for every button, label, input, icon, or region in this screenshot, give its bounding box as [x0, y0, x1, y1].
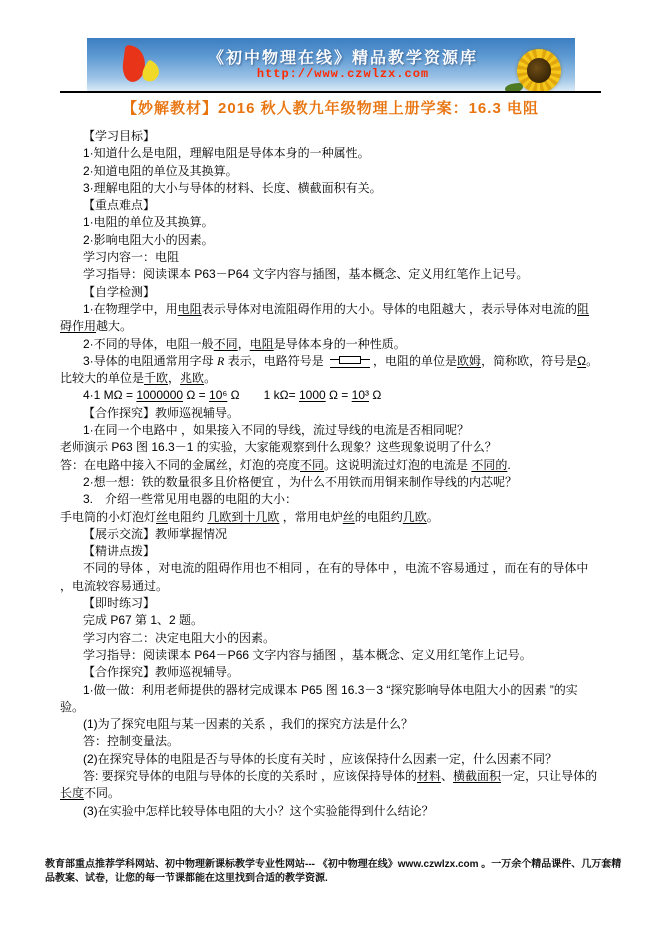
text-run: 【合作探究】教师巡视辅导。 — [83, 406, 239, 420]
filled-blank: 材料 — [417, 769, 441, 783]
paragraph: 3·理解电阻的大小与导体的材料、长度、横截面积有关。 — [60, 180, 601, 197]
sunflower-leaf-icon — [505, 83, 523, 92]
paragraph: 完成 P67 第 1、2 题。 — [60, 612, 601, 629]
paragraph: 学习指导：阅读课本 P64－P66 文字内容与插图 ，基本概念、定义用红笔作上记… — [60, 647, 601, 664]
paragraph: 答：在电路中接入不同的金属丝，灯泡的亮度不同。这说明流过灯泡的电流是 不同的. — [60, 457, 601, 474]
text-run: 表示导体对电流阻碍作用的大小。导体的电阻越大 ，表示导体对电流的 — [202, 302, 577, 316]
text-run: (3)在实验中怎样比较导体电阻的大小？这个实验能得到什么结论？ — [83, 804, 434, 818]
paragraph: 2·知道电阻的单位及其换算。 — [60, 163, 601, 180]
paragraph: 1·在物理学中，用电阻表示导体对电流阻碍作用的大小。导体的电阻越大 ，表示导体对… — [60, 301, 601, 336]
text-run: 3·理解电阻的大小与导体的材料、长度、横截面积有关。 — [83, 181, 382, 195]
text-run: 学习内容二：决定电阻大小的因素。 — [83, 631, 275, 645]
filled-blank: 不同的 — [471, 458, 507, 472]
text-run: 一定，只让导体的 — [501, 769, 597, 783]
text-run: 1·电阻的单位及其换算。 — [83, 215, 214, 229]
text-run: 【重点难点】 — [83, 198, 155, 212]
text-run: 。 — [204, 371, 216, 385]
paragraph: 1·在同一个电路中 ，如果接入不同的导线，流过导线的电流是否相同呢？ — [60, 422, 601, 439]
filled-blank: 不同 — [214, 337, 238, 351]
filled-blank: 电阻 — [250, 337, 274, 351]
page-title: 【妙解教材】2016 秋人教九年级物理上册学案：16.3 电阻 — [60, 97, 601, 118]
text-run: 答：在电路中接入不同的金属丝，灯泡的亮度 — [60, 458, 300, 472]
paragraph: 学习内容一：电阻 — [60, 249, 601, 266]
text-run: 1·知道什么是电阻，理解电阻是导体本身的一种属性。 — [83, 146, 370, 160]
filled-blank: 几欧 — [403, 510, 427, 524]
text-run: 【合作探究】教师巡视辅导。 — [83, 665, 239, 679]
text-run: 3. 介绍一些常见用电器的电阻的大小： — [83, 492, 297, 506]
text-run: 4·1 MΩ = — [83, 388, 136, 402]
paragraph: 手电筒的小灯泡灯丝电阻约 几欧到十几欧 ，常用电炉丝的电阻约几欧。 — [60, 509, 601, 526]
paragraph: 3·导体的电阻通常用字母 R 表示，电路符号是 ，电阻的单位是欧姆，简称欧，符号… — [60, 353, 601, 388]
paragraph: 【学习目标】 — [60, 128, 601, 145]
footer-text: 教育部重点推荐学科网站、初中物理新课标教学专业性网站--- 《初中物理在线》ww… — [45, 858, 622, 885]
text-run: Ω = — [183, 388, 209, 402]
text-run: 老师演示 P63 图 16.3－1 的实验，大家能观察到什么现象？这些现象说明了… — [60, 440, 497, 454]
text-run: 2·想一想：铁的数量很多且价格便宜 ，为什么不用铁而用铜来制作导线的内芯呢？ — [83, 475, 517, 489]
text-run: 2·知道电阻的单位及其换算。 — [83, 164, 238, 178]
filled-blank: 10⁶ — [209, 388, 227, 402]
paragraph: 1·知道什么是电阻，理解电阻是导体本身的一种属性。 — [60, 145, 601, 162]
filled-blank: 兆欧 — [180, 371, 204, 385]
text-run: 。 — [427, 510, 439, 524]
paragraph: 不同的导体 ，对电流的阻碍作用也不相同 ，在有的导体中 ，电流不容易通过 ，而在… — [60, 560, 601, 595]
text-run: 【精讲点拨】 — [83, 544, 155, 558]
text-run: 答: 要探究导体的电阻与导体的长度的关系时 ，应该保持导体的 — [83, 769, 417, 783]
site-url: http://www.czwlzx.com — [169, 68, 517, 81]
divider — [60, 91, 601, 93]
paragraph: (3)在实验中怎样比较导体电阻的大小？这个实验能得到什么结论？ — [60, 803, 601, 820]
filled-blank: 不同 — [300, 458, 324, 472]
text-run: 越大。 — [96, 319, 132, 333]
paragraph: 【即时练习】 — [60, 595, 601, 612]
text-run: 完成 P67 第 1、2 题。 — [83, 613, 203, 627]
document-body: 【学习目标】1·知道什么是电阻，理解电阻是导体本身的一种属性。2·知道电阻的单位… — [60, 128, 601, 820]
filled-blank: 横截面积 — [453, 769, 501, 783]
text-run: Ω = — [326, 388, 352, 402]
text-run: 【展示交流】教师掌握情况 — [83, 527, 227, 541]
text-run: 1·做一做：利用老师提供的器材完成课本 P65 图 16.3－3 “探究影响导体… — [60, 683, 578, 714]
text-run: 电阻约 — [168, 510, 207, 524]
paragraph: 2·不同的导体，电阻一般不同，电阻是导体本身的一种性质。 — [60, 336, 601, 353]
paragraph: 答：控制变量法。 — [60, 733, 601, 750]
paragraph: 3. 介绍一些常见用电器的电阻的大小： — [60, 491, 601, 508]
text-run: (2)在探究导体的电阻是否与导体的长度有关时 ，应该保持什么因素一定，什么因素不… — [83, 752, 557, 766]
text-run: 答：控制变量法。 — [83, 734, 179, 748]
paragraph: (2)在探究导体的电阻是否与导体的长度有关时 ，应该保持什么因素一定，什么因素不… — [60, 751, 601, 768]
paragraph: 【精讲点拨】 — [60, 543, 601, 560]
site-logo-icon — [109, 42, 169, 88]
text-run: (1)为了探究电阻与某一因素的关系 ，我们的探究方法是什么？ — [83, 717, 413, 731]
text-run: 1·在同一个电路中 ，如果接入不同的导线，流过导线的电流是否相同呢？ — [83, 423, 469, 437]
text-run: 2·不同的导体，电阻一般 — [83, 337, 214, 351]
paragraph: 2·想一想：铁的数量很多且价格便宜 ，为什么不用铁而用铜来制作导线的内芯呢？ — [60, 474, 601, 491]
sunflower-center-icon — [527, 58, 552, 83]
text-run: 1·在物理学中，用 — [83, 302, 178, 316]
paragraph: 【展示交流】教师掌握情况 — [60, 526, 601, 543]
text-run: ，常用电炉 — [279, 510, 342, 524]
text-run: 表示，电路符号是 — [224, 354, 327, 368]
paragraph: 学习指导：阅读课本 P63－P64 文字内容与插图，基本概念、定义用红笔作上记号… — [60, 266, 601, 283]
filled-blank: 千欧 — [144, 371, 168, 385]
paragraph: 1·电阻的单位及其换算。 — [60, 214, 601, 231]
paragraph: 【合作探究】教师巡视辅导。 — [60, 405, 601, 422]
text-run: 学习内容一：电阻 — [83, 250, 179, 264]
text-run: 、 — [441, 769, 453, 783]
site-banner: 《初中物理在线》精品教学资源库 http://www.czwlzx.com — [87, 38, 575, 91]
text-run: 【即时练习】 — [83, 596, 155, 610]
filled-blank: 丝 — [156, 510, 168, 524]
text-run: 【自学检测】 — [83, 285, 155, 299]
text-run: 手电筒的小灯泡灯 — [60, 510, 156, 524]
paragraph: 4·1 MΩ = 1000000 Ω = 10⁶ Ω 1 kΩ= 1000 Ω … — [60, 387, 601, 404]
filled-blank: 1000000 — [136, 388, 183, 402]
filled-blank: 欧姆 — [457, 354, 481, 368]
paragraph: 【自学检测】 — [60, 284, 601, 301]
text-run: Ω — [369, 388, 381, 402]
filled-blank: 丝 — [343, 510, 355, 524]
text-run: 不同的导体 ，对电流的阻碍作用也不相同 ，在有的导体中 ，电流不容易通过 ，而在… — [60, 561, 588, 592]
filled-blank: Ω — [577, 354, 586, 368]
text-run: 的电阻约 — [355, 510, 403, 524]
filled-blank: 电阻 — [178, 302, 202, 316]
page: 《初中物理在线》精品教学资源库 http://www.czwlzx.com 【妙… — [0, 0, 661, 936]
text-run: 3·导体的电阻通常用字母 — [83, 354, 217, 368]
filled-blank: 1000 — [299, 388, 326, 402]
text-run: . — [507, 458, 510, 472]
paragraph: 【合作探究】教师巡视辅导。 — [60, 664, 601, 681]
paragraph: 答: 要探究导体的电阻与导体的长度的关系时 ，应该保持导体的材料、横截面积一定，… — [60, 768, 601, 803]
paragraph: (1)为了探究电阻与某一因素的关系 ，我们的探究方法是什么？ — [60, 716, 601, 733]
resistor-symbol-icon — [330, 356, 370, 368]
paragraph: 1·做一做：利用老师提供的器材完成课本 P65 图 16.3－3 “探究影响导体… — [60, 682, 601, 717]
text-run: ， — [168, 371, 180, 385]
filled-blank: 几欧到十几欧 — [207, 510, 279, 524]
text-run: 是导体本身的一种性质。 — [274, 337, 406, 351]
paragraph: 2·影响电阻大小的因素。 — [60, 232, 601, 249]
site-title: 《初中物理在线》精品教学资源库 — [169, 50, 517, 68]
paragraph: 老师演示 P63 图 16.3－1 的实验，大家能观察到什么现象？这些现象说明了… — [60, 439, 601, 456]
banner-text: 《初中物理在线》精品教学资源库 http://www.czwlzx.com — [169, 50, 517, 81]
sunflower-icon — [517, 49, 561, 92]
paragraph: 学习内容二：决定电阻大小的因素。 — [60, 630, 601, 647]
filled-blank: 长度 — [60, 786, 84, 800]
text-run: 【学习目标】 — [83, 129, 155, 143]
text-run: ，电阻的单位是 — [373, 354, 457, 368]
text-run: 。这说明流过灯泡的电流是 — [324, 458, 471, 472]
text-run: ， — [238, 337, 250, 351]
text-run: 不同。 — [84, 786, 120, 800]
paragraph: 【重点难点】 — [60, 197, 601, 214]
text-run: ，简称欧，符号是 — [481, 354, 577, 368]
text-run: 学习指导：阅读课本 P64－P66 文字内容与插图 ，基本概念、定义用红笔作上记… — [83, 648, 532, 662]
text-run: 学习指导：阅读课本 P63－P64 文字内容与插图，基本概念、定义用红笔作上记号… — [83, 267, 528, 281]
filled-blank: 10³ — [352, 388, 369, 402]
text-run: Ω 1 kΩ= — [227, 388, 299, 402]
text-run: 2·影响电阻大小的因素。 — [83, 233, 214, 247]
